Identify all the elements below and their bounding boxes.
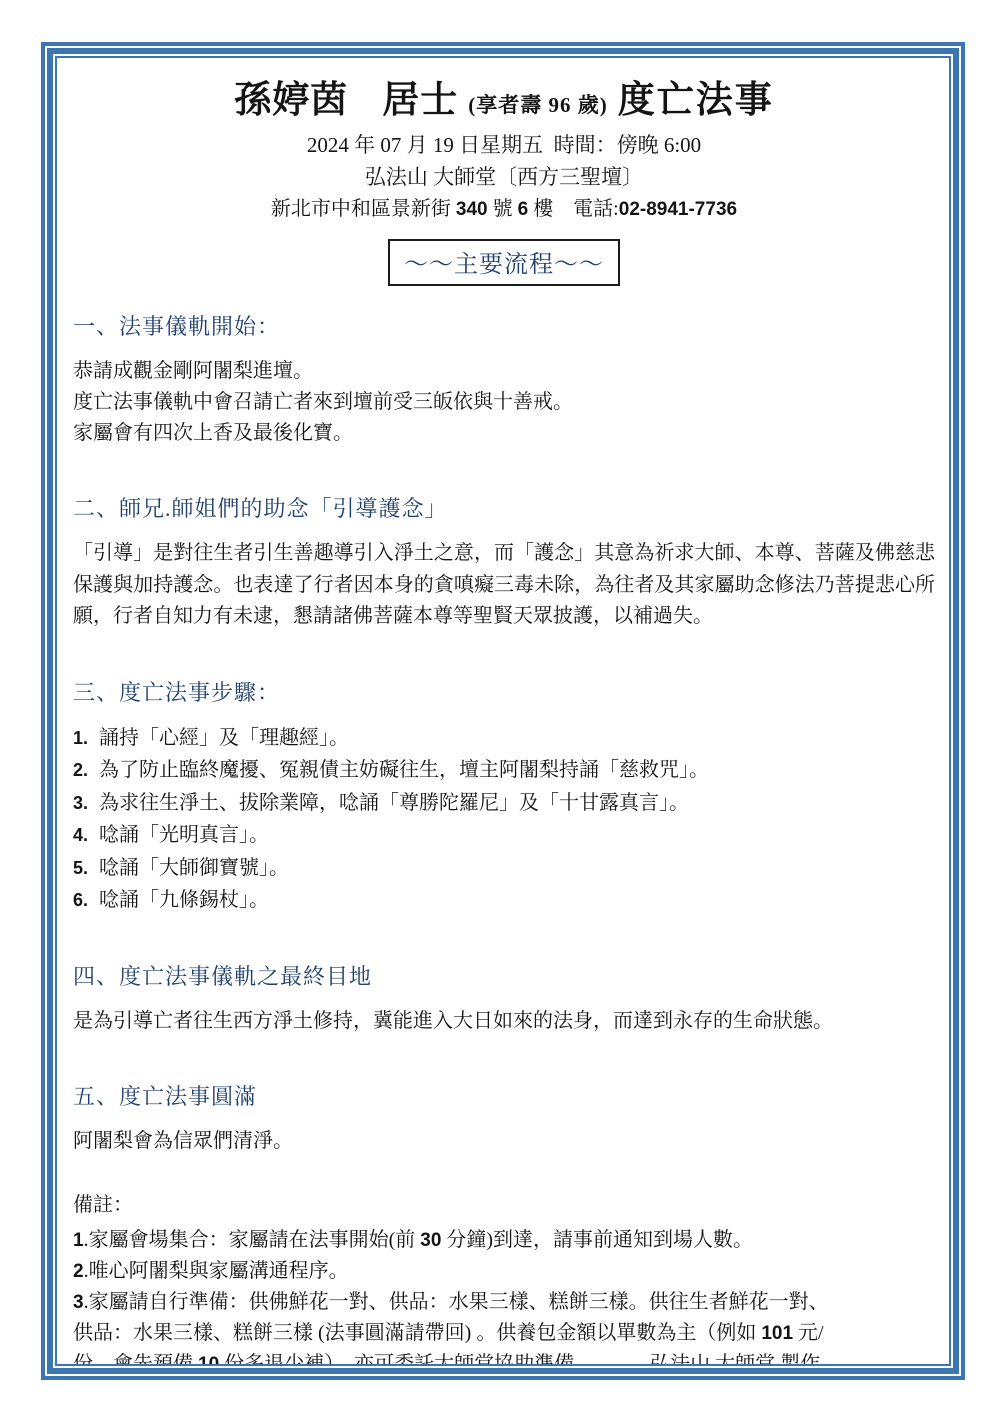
date-line: 2024 年 07 月 19 日星期五 時間：傍晚 6:00: [73, 131, 935, 160]
note-line: 1.家屬會場集合：家屬請在法事開始(前 30 分鐘)到達，請事前通知到場人數。: [73, 1225, 935, 1256]
section-heading: 一、法事儀軌開始：: [73, 313, 935, 341]
list-text: 誦持「心經」及「理趣經」。: [99, 727, 349, 749]
document-title: 孫婷茵居士(享者壽 96 歲)度亡法事: [73, 78, 935, 128]
list-item: 4.唸誦「光明真言」。: [73, 819, 935, 852]
venue-line: 弘法山 大師堂〔西方三聖壇〕: [73, 163, 935, 192]
section-text-line: 恭請成觀金剛阿闍梨進壇。: [73, 356, 935, 387]
list-item: 6.唸誦「九條錫杖」。: [73, 884, 935, 917]
list-item: 2.為了防止臨終魔擾、冤親債主妨礙往生，壇主阿闍梨持誦「慈救咒」。: [73, 754, 935, 787]
decorative-border-middle: 孫婷茵居士(享者壽 96 歲)度亡法事 2024 年 07 月 19 日星期五 …: [47, 48, 959, 1374]
notes-label: 備註：: [73, 1190, 935, 1221]
section-body: 1.誦持「心經」及「理趣經」。2.為了防止臨終魔擾、冤親債主妨礙往生，壇主阿闍梨…: [73, 722, 935, 917]
honorific-label: 居士: [382, 80, 458, 121]
memorial-service-document: 孫婷茵居士(享者壽 96 歲)度亡法事 2024 年 07 月 19 日星期五 …: [0, 0, 1005, 1421]
sections-container: 一、法事儀軌開始：恭請成觀金剛阿闍梨進壇。度亡法事儀軌中會召請亡者來到壇前受三皈…: [73, 313, 935, 1158]
maker-credit: 弘法山 大師堂 製作: [650, 1353, 820, 1365]
list-text: 唸誦「九條錫杖」。: [99, 889, 269, 911]
numbered-list: 1.誦持「心經」及「理趣經」。2.為了防止臨終魔擾、冤親債主妨礙往生，壇主阿闍梨…: [73, 722, 935, 917]
address-line: 新北市中和區景新街 340 號 6 樓 電話:02-8941-7736: [73, 195, 935, 224]
section: 二、師兄.師姐們的助念「引導護念」「引導」是對往生者引生善趣導引入淨土之意，而「…: [73, 495, 935, 633]
document-content: 孫婷茵居士(享者壽 96 歲)度亡法事 2024 年 07 月 19 日星期五 …: [57, 58, 949, 1364]
decorative-border-inner: 孫婷茵居士(享者壽 96 歲)度亡法事 2024 年 07 月 19 日星期五 …: [55, 56, 951, 1366]
section: 五、度亡法事圓滿阿闍梨會為信眾們清淨。: [73, 1083, 935, 1158]
list-number: 3.: [73, 793, 88, 813]
section: 三、度亡法事步驟：1.誦持「心經」及「理趣經」。2.為了防止臨終魔擾、冤親債主妨…: [73, 679, 935, 917]
section-body: 是為引導亡者往生西方淨土修持，冀能進入大日如來的法身，而達到永存的生命狀態。: [73, 1006, 935, 1038]
list-item: 1.誦持「心經」及「理趣經」。: [73, 722, 935, 755]
note-line: 供品：水果三樣、糕餅三樣 (法事圓滿請帶回) 。供養包金額以單數為主（例如 10…: [73, 1318, 935, 1349]
list-text: 為求往生淨土、拔除業障，唸誦「尊勝陀羅尼」及「十甘露真言」。: [99, 792, 689, 814]
notes-list: 1.家屬會場集合：家屬請在法事開始(前 30 分鐘)到達，請事前通知到場人數。2…: [73, 1225, 935, 1365]
section-heading: 二、師兄.師姐們的助念「引導護念」: [73, 495, 935, 523]
section-heading: 四、度亡法事儀軌之最終目地: [73, 963, 935, 991]
section-paragraph: 「引導」是對往生者引生善趣導引入淨土之意，而「護念」其意為祈求大師、本尊、菩薩及…: [73, 538, 935, 633]
list-text: 唸誦「光明真言」。: [99, 824, 269, 846]
list-text: 唸誦「大師御寶號」。: [99, 857, 289, 879]
deceased-name: 孫婷茵: [234, 80, 348, 121]
section: 四、度亡法事儀軌之最終目地是為引導亡者往生西方淨土修持，冀能進入大日如來的法身，…: [73, 963, 935, 1038]
section-body: 恭請成觀金剛阿闍梨進壇。度亡法事儀軌中會召請亡者來到壇前受三皈依與十善戒。家屬會…: [73, 356, 935, 449]
list-number: 5.: [73, 858, 88, 878]
section-heading: 五、度亡法事圓滿: [73, 1083, 935, 1111]
section: 一、法事儀軌開始：恭請成觀金剛阿闍梨進壇。度亡法事儀軌中會召請亡者來到壇前受三皈…: [73, 313, 935, 449]
list-number: 4.: [73, 825, 88, 845]
section-body: 阿闍梨會為信眾們清淨。: [73, 1126, 935, 1158]
section-paragraph: 阿闍梨會為信眾們清淨。: [73, 1126, 935, 1158]
note-line: 3.家屬請自行準備：供佛鮮花一對、供品：水果三樣、糕餅三樣。供往生者鮮花一對、: [73, 1287, 935, 1318]
note-line: 份，會先預備 10 份多退少補），亦可委託大師堂協助準備。弘法山 大師堂 製作: [73, 1349, 935, 1365]
age-note: (享者壽 96 歲): [468, 93, 608, 117]
list-number: 6.: [73, 890, 88, 910]
section-text-line: 家屬會有四次上香及最後化寶。: [73, 418, 935, 449]
main-flow-box: ～～主要流程～～: [388, 239, 620, 286]
section-paragraph: 是為引導亡者往生西方淨土修持，冀能進入大日如來的法身，而達到永存的生命狀態。: [73, 1006, 935, 1038]
section-heading: 三、度亡法事步驟：: [73, 679, 935, 707]
list-number: 1.: [73, 728, 88, 748]
decorative-border-outer: 孫婷茵居士(享者壽 96 歲)度亡法事 2024 年 07 月 19 日星期五 …: [41, 42, 965, 1380]
list-item: 5.唸誦「大師御寶號」。: [73, 852, 935, 885]
section-text-line: 度亡法事儀軌中會召請亡者來到壇前受三皈依與十善戒。: [73, 387, 935, 418]
note-line: 2.唯心阿闍梨與家屬溝通程序。: [73, 1256, 935, 1287]
notes-section: 備註： 1.家屬會場集合：家屬請在法事開始(前 30 分鐘)到達，請事前通知到場…: [73, 1190, 935, 1365]
list-text: 為了防止臨終魔擾、冤親債主妨礙往生，壇主阿闍梨持誦「慈救咒」。: [99, 759, 709, 781]
event-title: 度亡法事: [618, 80, 774, 121]
section-body: 「引導」是對往生者引生善趣導引入淨土之意，而「護念」其意為祈求大師、本尊、菩薩及…: [73, 538, 935, 633]
flow-box-wrapper: ～～主要流程～～: [73, 239, 935, 286]
list-number: 2.: [73, 760, 88, 780]
list-item: 3.為求往生淨土、拔除業障，唸誦「尊勝陀羅尼」及「十甘露真言」。: [73, 787, 935, 820]
